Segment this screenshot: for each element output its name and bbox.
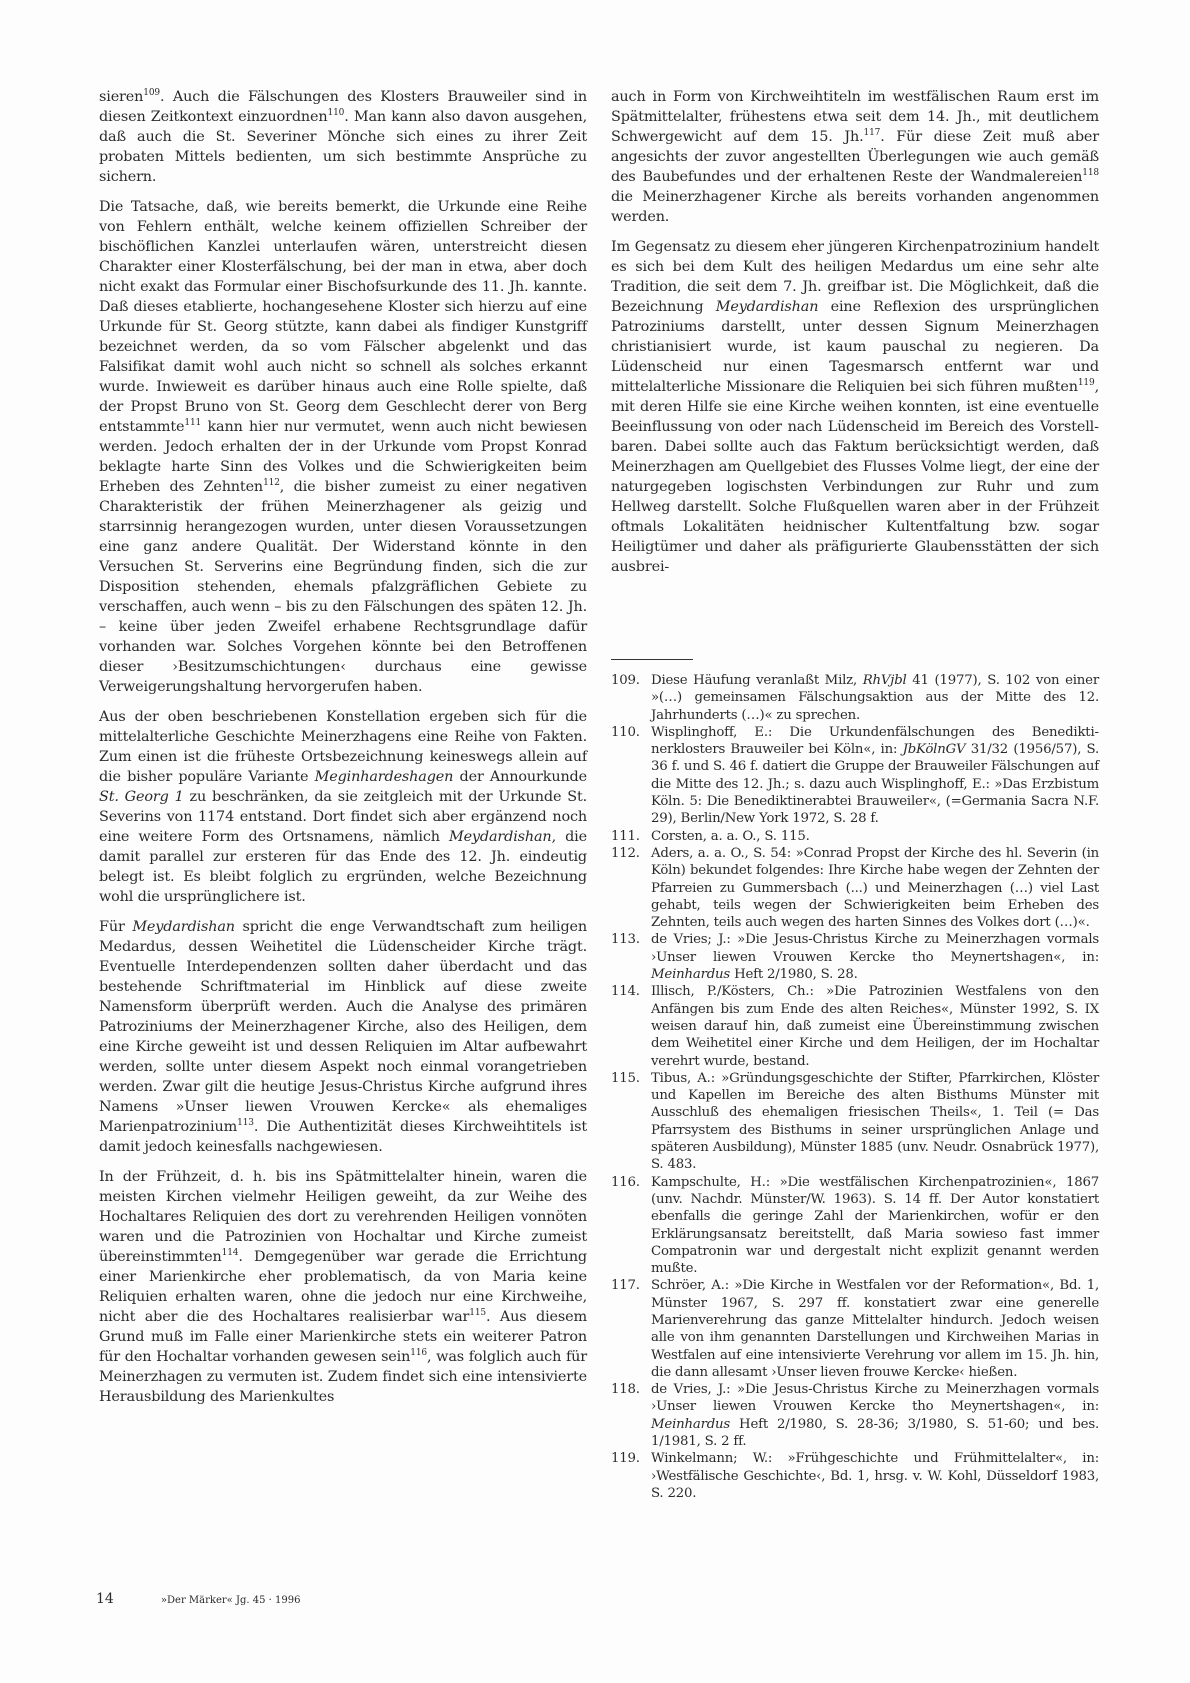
footnote: 109.Diese Häufung veranlaßt Milz, RhVjbl… [611,672,1099,724]
footnote: 117.Schröer, A.: »Die Kirche in Westfale… [611,1277,1099,1381]
footnote: 111.Corsten, a. a. O., S. 115. [611,828,1099,845]
footnote-reference: 109 [143,88,160,98]
footnote-text: Schröer, A.: »Die Kirche in Westfalen vo… [651,1277,1099,1381]
footnote-number: 113. [611,931,651,983]
footnote-text: de Vries; J.: »Die Jesus-Christus Kirche… [651,931,1099,983]
text-run: der Annourkunde [453,769,587,785]
footnote-reference: 116 [410,1348,427,1358]
footnote: 110.Wisplinghoff, E.: Die Urkundenfälsch… [611,724,1099,828]
italic-term: Meydardishan [716,299,819,315]
footnote-number: 119. [611,1450,651,1502]
italic-term: St. Georg 1 [99,789,184,805]
text-run: Aders, a. a. O., S. 54: »Conrad Propst d… [651,846,1099,930]
footnote-text: Corsten, a. a. O., S. 115. [651,828,1099,845]
text-run: Tibus, A.: »Gründungsgeschichte der Stif… [651,1071,1099,1172]
footnote-text: Illisch, P./Kösters, Ch.: »Die Patrozini… [651,983,1099,1069]
text-run: Für [99,919,132,935]
text-run: Illisch, P./Kösters, Ch.: »Die Patrozini… [651,984,1099,1068]
document-page: sieren109. Auch die Fälschungen des Klos… [0,0,1190,1683]
text-run: Diese Häufung veranlaßt Milz, [651,673,863,688]
footnote-reference: 113 [237,1118,254,1128]
footnote-reference: 110 [328,108,345,118]
paragraph: Die Tatsache, daß, wie bereits bemerkt, … [99,197,587,697]
italic-term: Meydardishan [132,919,235,935]
italic-term: RhVjbl [863,673,907,688]
page-footer: 14 »Der Märker« Jg. 45 · 1996 [96,1588,300,1607]
footnote-text: Wisplinghoff, E.: Die Urkundenfälschunge… [651,724,1099,828]
footnote-text: Kampschulte, H.: »Die westfälischen Kirc… [651,1174,1099,1278]
footnote-reference: 114 [222,1248,239,1258]
italic-term: JbKölnGV [903,742,966,757]
footnote-number: 117. [611,1277,651,1381]
right-column-body-text: auch in Form von Kirchweihtiteln im west… [611,87,1099,587]
footnote-reference: 115 [469,1308,486,1318]
paragraph: auch in Form von Kirchweihtiteln im west… [611,87,1099,227]
paragraph: sieren109. Auch die Fälschungen des Klos… [99,87,587,187]
paragraph: Für Meydardishan spricht die enge Verwan… [99,917,587,1157]
footnote: 115.Tibus, A.: »Gründungsgeschichte der … [611,1070,1099,1174]
text-run: die Meinerzhagener Kirche als bereits vo… [611,189,1099,225]
footnote-reference: 118 [1082,168,1099,178]
footnote-text: Diese Häufung veranlaßt Milz, RhVjbl 41 … [651,672,1099,724]
text-run: sieren [99,89,143,105]
footnote-number: 111. [611,828,651,845]
footnote-text: Tibus, A.: »Gründungsgeschichte der Stif… [651,1070,1099,1174]
text-run: Corsten, a. a. O., S. 115. [651,829,810,844]
footnote: 119.Winkelmann; W.: »Frühgeschichte und … [611,1450,1099,1502]
footnote-number: 116. [611,1174,651,1278]
text-run: , mit deren Hilfe sie eine Kirche weihen… [611,379,1099,575]
footnote: 116.Kampschulte, H.: »Die westfälischen … [611,1174,1099,1278]
footnote: 113.de Vries; J.: »Die Jesus-Christus Ki… [611,931,1099,983]
left-column-body-text: sieren109. Auch die Fälschungen des Klos… [99,87,587,1417]
paragraph: Im Gegensatz zu diesem eher jüngeren Kir… [611,237,1099,577]
footnote-reference: 112 [263,478,280,488]
running-title: »Der Märker« Jg. 45 · 1996 [161,1595,301,1606]
text-run: , die bisher zumeist zu einer negativen … [99,479,587,695]
footnote-number: 109. [611,672,651,724]
text-run: de Vries, J.: »Die Jesus-Christus Kirche… [651,1382,1099,1414]
footnote: 112.Aders, a. a. O., S. 54: »Conrad Prop… [611,845,1099,931]
text-run: Schröer, A.: »Die Kirche in Westfalen vo… [651,1278,1099,1379]
paragraph: In der Frühzeit, d. h. bis ins Spätmitte… [99,1167,587,1407]
footnote-number: 115. [611,1070,651,1174]
italic-term: Meginhardeshagen [315,769,454,785]
footnote-text: Aders, a. a. O., S. 54: »Conrad Propst d… [651,845,1099,931]
footnote-reference: 111 [184,418,201,428]
footnote-number: 114. [611,983,651,1069]
footnote-text: de Vries, J.: »Die Jesus-Christus Kirche… [651,1381,1099,1450]
italic-term: Meinhardus [651,967,730,982]
footnote: 114.Illisch, P./Kösters, Ch.: »Die Patro… [611,983,1099,1069]
page-number: 14 [96,1591,114,1607]
italic-term: Meydardis­han [449,829,552,845]
footnote-reference: 119 [1078,378,1095,388]
footnotes-list: 109.Diese Häufung veranlaßt Milz, RhVjbl… [611,672,1099,1502]
text-run: spricht die enge Verwandtschaft zum heil… [99,919,587,1135]
italic-term: Meinhardus [651,1417,730,1432]
footnote-number: 118. [611,1381,651,1450]
footnote-separator-rule [611,659,693,660]
text-run: Winkelmann; W.: »Frühgeschichte und Früh… [651,1451,1099,1501]
footnote-reference: 117 [864,128,881,138]
footnote-number: 112. [611,845,651,931]
text-run: Kampschulte, H.: »Die westfälischen Kirc… [651,1175,1099,1276]
text-run: de Vries; J.: »Die Jesus-Christus Kirche… [651,932,1099,964]
paragraph: Aus der oben beschriebenen Konstellation… [99,707,587,907]
footnote-text: Winkelmann; W.: »Frühgeschichte und Früh… [651,1450,1099,1502]
footnote-number: 110. [611,724,651,828]
text-run: Heft 2/1980, S. 28. [730,967,858,982]
text-run: Die Tatsache, daß, wie bereits bemerkt, … [99,199,587,435]
footnote: 118.de Vries, J.: »Die Jesus-Christus Ki… [611,1381,1099,1450]
